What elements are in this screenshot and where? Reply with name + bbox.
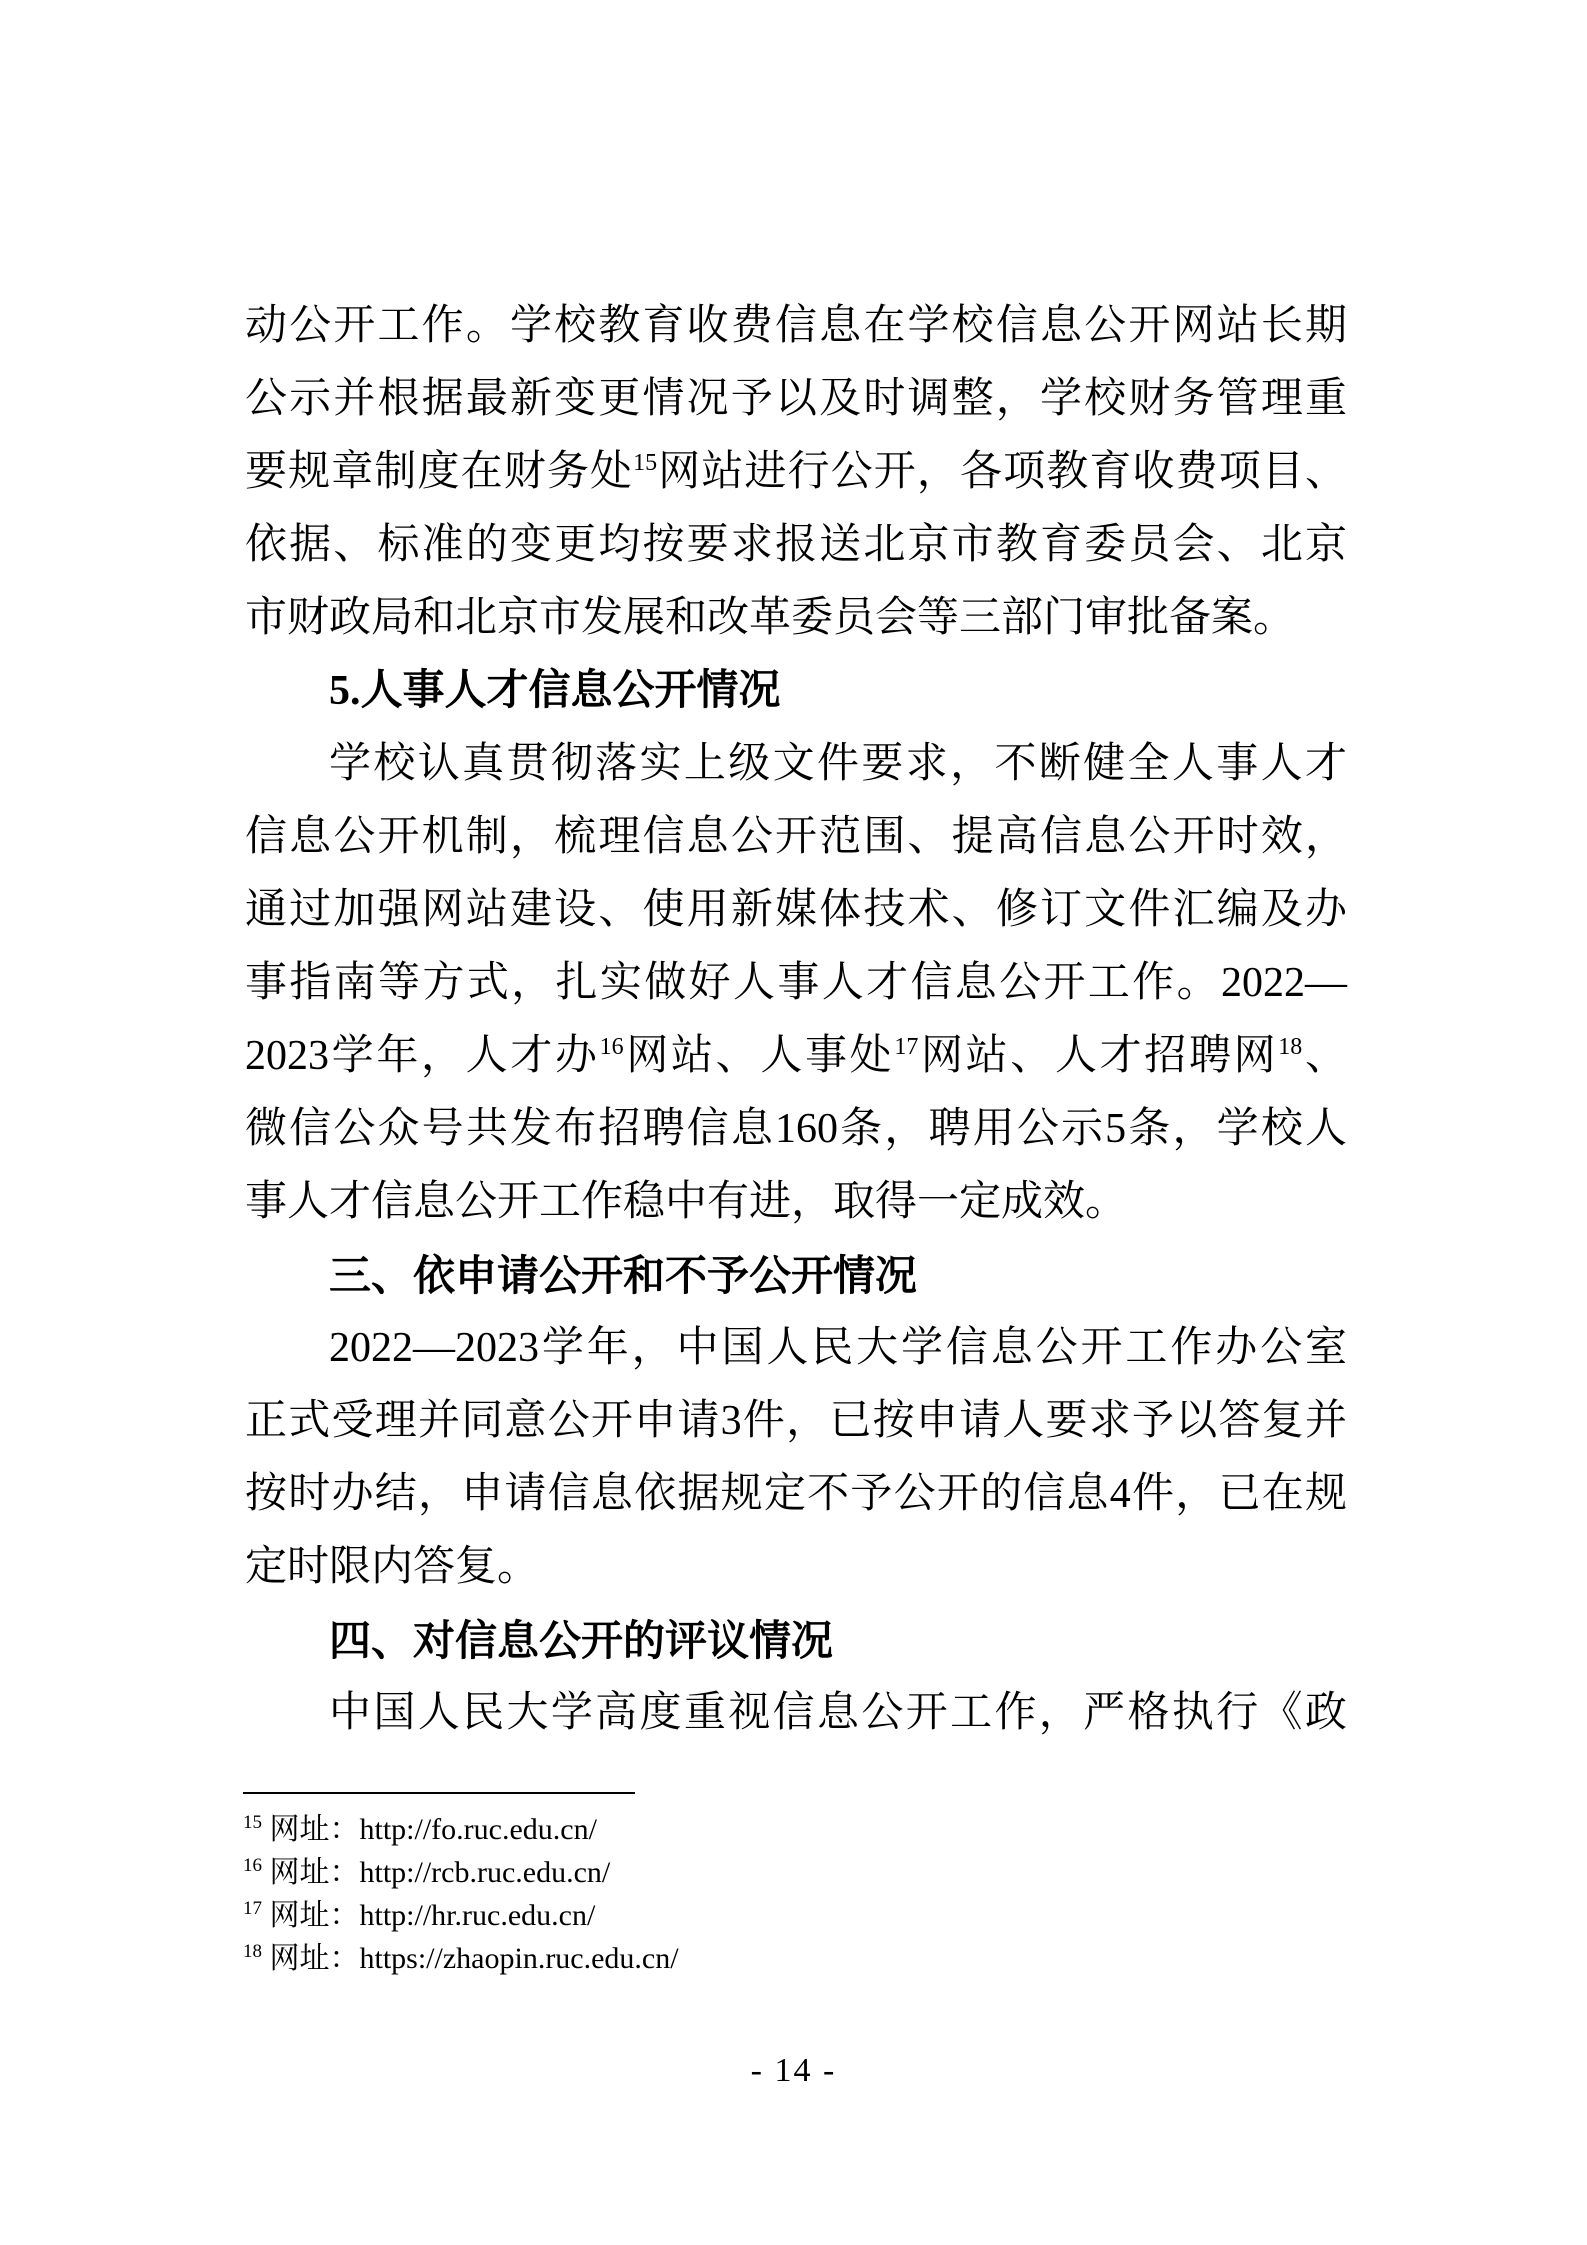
- document-page: 动公开工作。学校教育收费信息在学校信息公开网站长期公示并根据最新变更情况予以及时…: [0, 0, 1587, 2245]
- body-line: 事人才信息公开工作稳中有进，取得一定成效。: [245, 1166, 1347, 1239]
- body-line: 定时限内答复。: [245, 1531, 1347, 1604]
- footnote-number: 17: [243, 1898, 262, 1919]
- footnote-ref: 16: [600, 1034, 624, 1060]
- footnote: 16 网址：http://rcb.ruc.edu.cn/: [243, 1851, 1343, 1894]
- body-line: 信息公开机制，梳理信息公开范围、提高信息公开时效，: [245, 801, 1347, 874]
- footnote-number: 18: [243, 1941, 262, 1962]
- body-line: 2022—2023学年，中国人民大学信息公开工作办公室: [245, 1312, 1347, 1385]
- body-line: 中国人民大学高度重视信息公开工作，严格执行《政: [245, 1677, 1347, 1750]
- footnote-number: 16: [243, 1855, 262, 1876]
- footnote-url: http://rcb.ruc.edu.cn/: [360, 1856, 611, 1889]
- body-line: 学校认真贯彻落实上级文件要求，不断健全人事人才: [245, 728, 1347, 801]
- document-body: 动公开工作。学校教育收费信息在学校信息公开网站长期公示并根据最新变更情况予以及时…: [245, 290, 1347, 1750]
- footnote-url: https://zhaopin.ruc.edu.cn/: [360, 1942, 679, 1975]
- body-line: 市财政局和北京市发展和改革委员会等三部门审批备案。: [245, 582, 1347, 655]
- footnote-ref: 15: [633, 450, 657, 476]
- body-line: 要规章制度在财务处15网站进行公开，各项教育收费项目、: [245, 436, 1347, 509]
- body-line: 微信公众号共发布招聘信息160条，聘用公示5条，学校人: [245, 1093, 1347, 1166]
- section-heading: 5.人事人才信息公开情况: [245, 655, 1347, 728]
- body-line: 依据、标准的变更均按要求报送北京市教育委员会、北京: [245, 509, 1347, 582]
- body-line: 动公开工作。学校教育收费信息在学校信息公开网站长期: [245, 290, 1347, 363]
- footnote-label: 网址：: [270, 1942, 360, 1975]
- body-line: 正式受理并同意公开申请3件，已按申请人要求予以答复并: [245, 1385, 1347, 1458]
- footnote-url: http://hr.ruc.edu.cn/: [360, 1899, 596, 1932]
- footnote-ref: 18: [1278, 1034, 1302, 1060]
- footnote-ref: 17: [894, 1034, 918, 1060]
- footnote-label: 网址：: [270, 1856, 360, 1889]
- footnote-label: 网址：: [270, 1899, 360, 1932]
- footnote: 15 网址：http://fo.ruc.edu.cn/: [243, 1808, 1343, 1851]
- footnote: 18 网址：https://zhaopin.ruc.edu.cn/: [243, 1937, 1343, 1980]
- section-heading: 四、对信息公开的评议情况: [245, 1604, 1347, 1677]
- footnote-number: 15: [243, 1812, 262, 1833]
- section-heading: 三、依申请公开和不予公开情况: [245, 1239, 1347, 1312]
- body-line: 按时办结，申请信息依据规定不予公开的信息4件，已在规: [245, 1458, 1347, 1531]
- body-line: 通过加强网站建设、使用新媒体技术、修订文件汇编及办: [245, 874, 1347, 947]
- footnote-label: 网址：: [270, 1813, 360, 1846]
- footnote-separator: [243, 1792, 635, 1794]
- footnote-url: http://fo.ruc.edu.cn/: [360, 1813, 597, 1846]
- page-number: - 14 -: [0, 2052, 1587, 2090]
- body-line: 2023学年，人才办16网站、人事处17网站、人才招聘网18、: [245, 1020, 1347, 1093]
- body-line: 公示并根据最新变更情况予以及时调整，学校财务管理重: [245, 363, 1347, 436]
- footnotes: 15 网址：http://fo.ruc.edu.cn/16 网址：http://…: [243, 1808, 1343, 1980]
- body-line: 事指南等方式，扎实做好人事人才信息公开工作。2022—: [245, 947, 1347, 1020]
- footnote: 17 网址：http://hr.ruc.edu.cn/: [243, 1894, 1343, 1937]
